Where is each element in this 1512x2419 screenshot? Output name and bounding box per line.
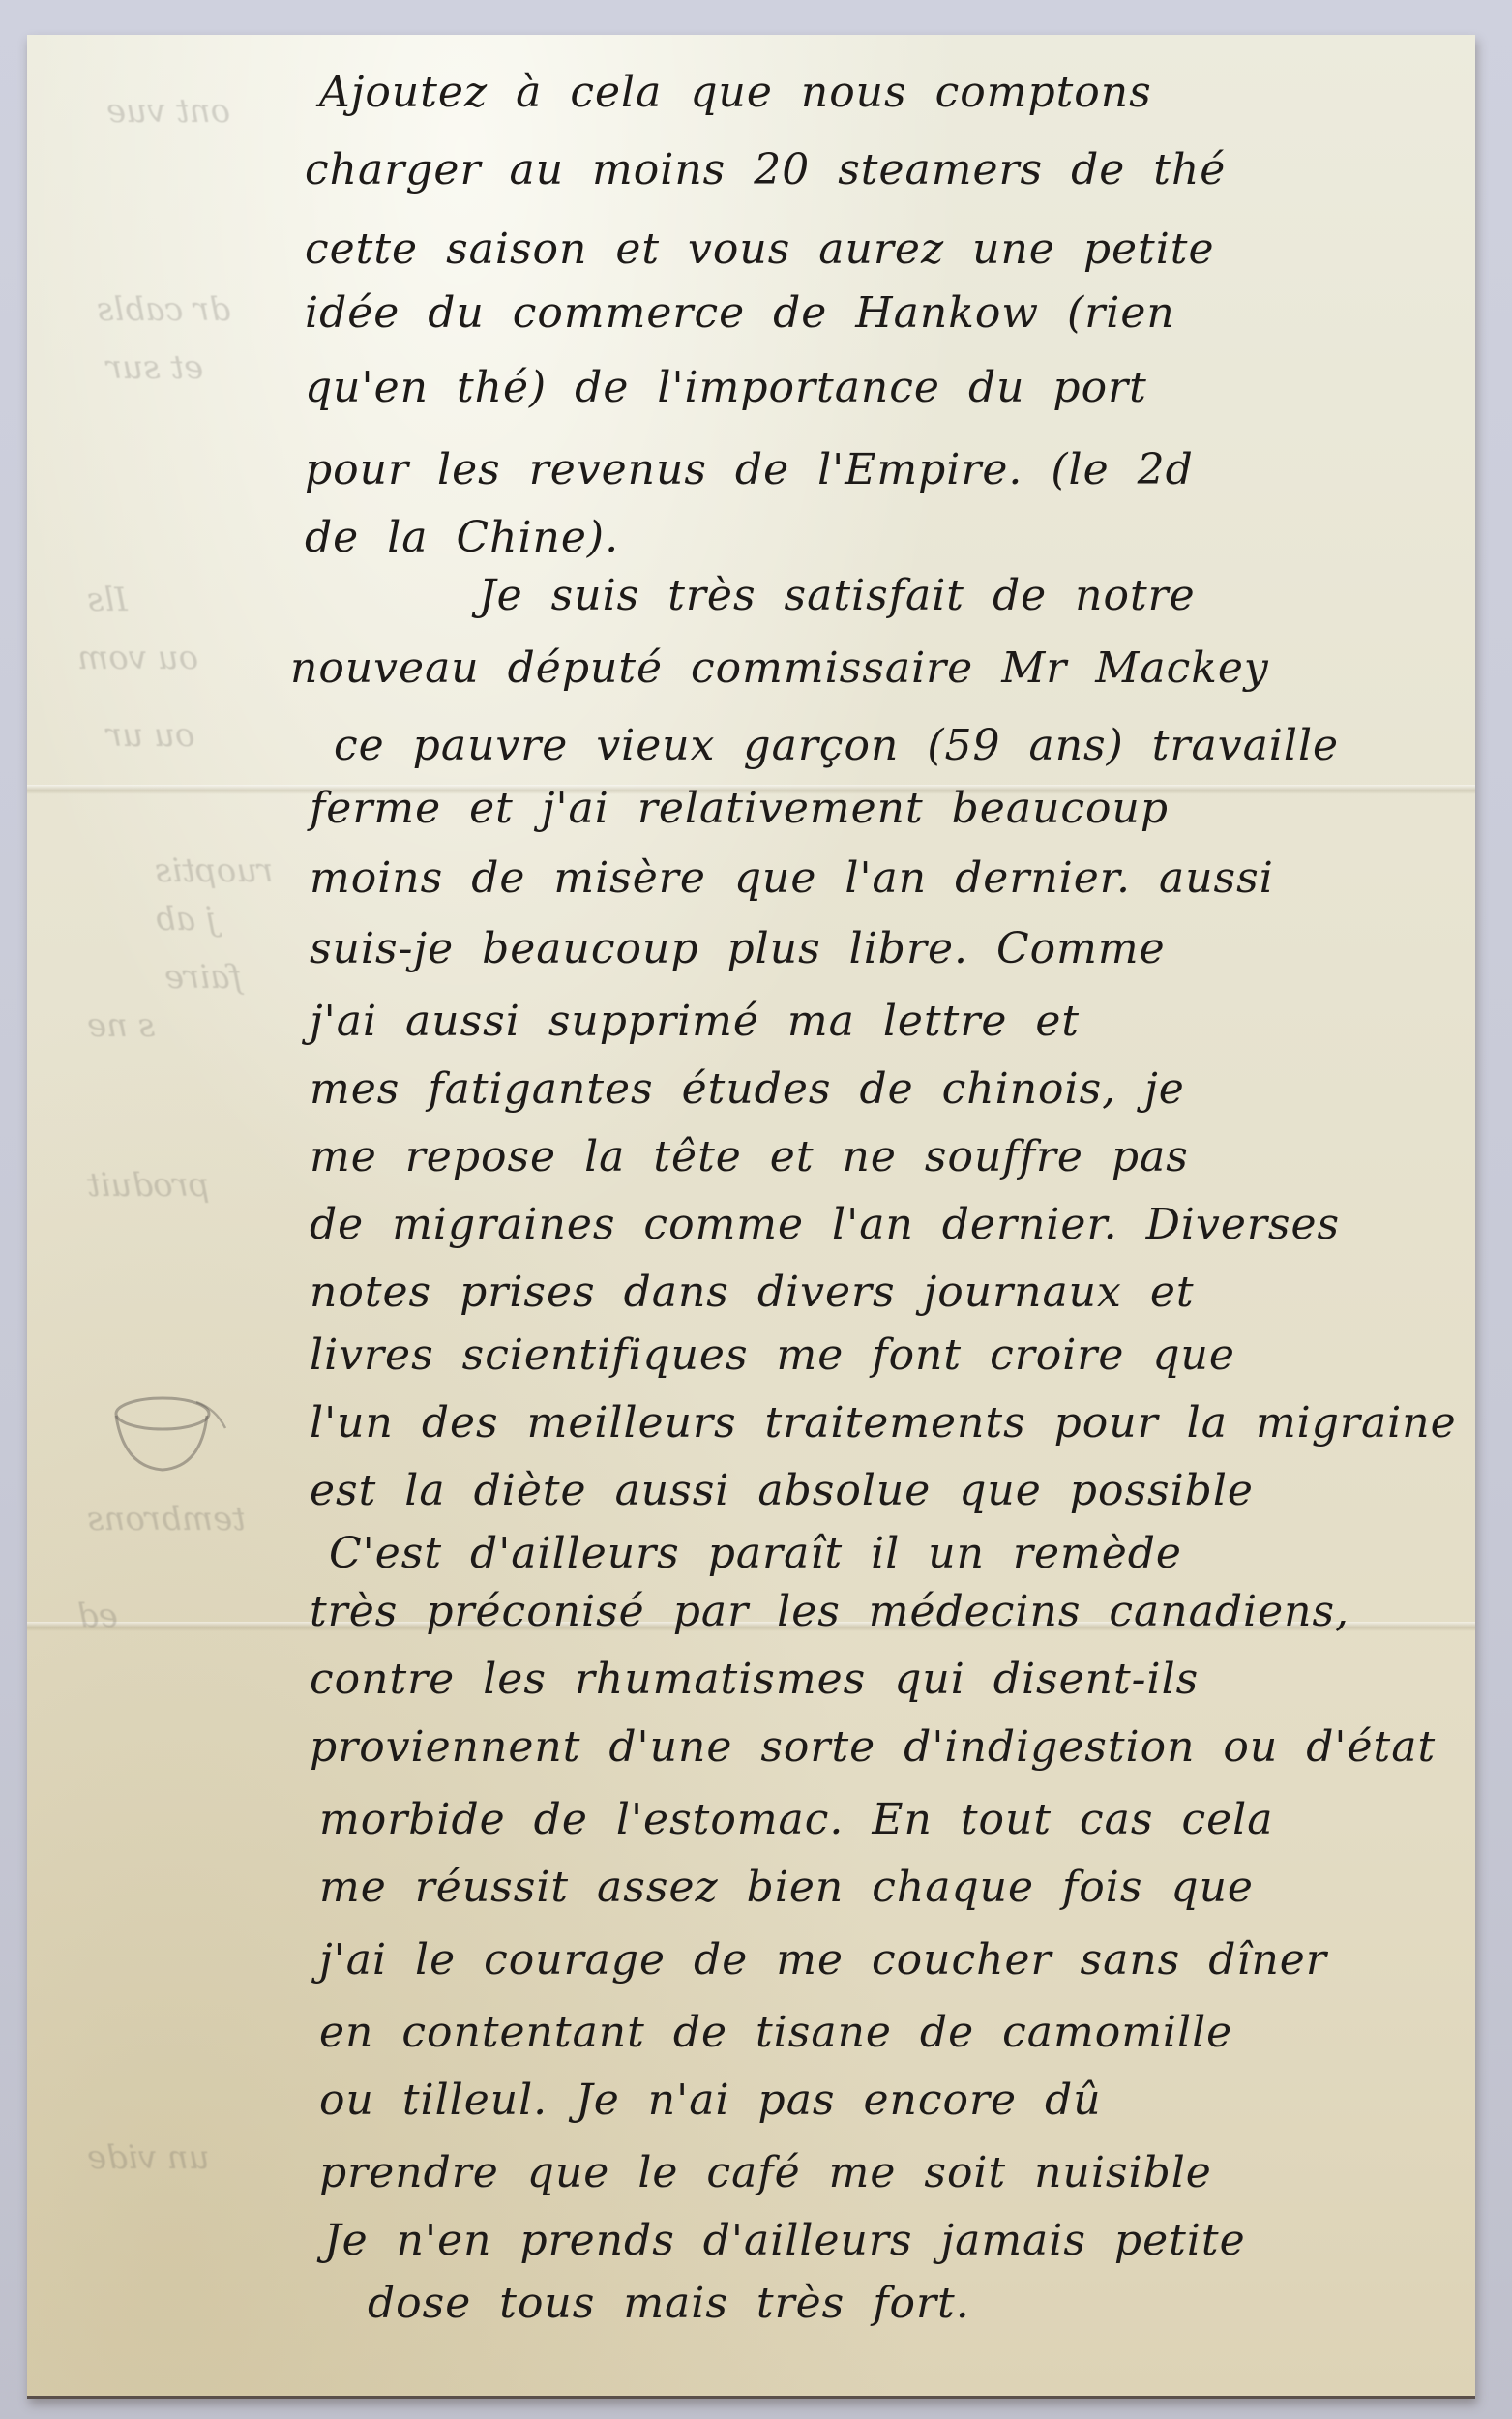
letter-line: Je n'en prends d'ailleurs jamais petite xyxy=(324,2216,1246,2265)
letter-line: C'est d'ailleurs paraît il un remède xyxy=(329,1529,1182,1578)
letter-line: j'ai le courage de me coucher sans dîner xyxy=(319,1935,1327,1985)
letter-line: cette saison et vous aurez une petite xyxy=(305,224,1215,274)
letter-line: qu'en thé) de l'importance du port xyxy=(305,363,1147,412)
letter-line: moins de misère que l'an dernier. aussi xyxy=(310,853,1274,903)
letter-line: prendre que le café me soit nuisible xyxy=(319,2148,1212,2197)
letter-line: pour les revenus de l'Empire. (le 2d xyxy=(305,445,1194,494)
letter-line: notes prises dans divers journaux et xyxy=(310,1268,1195,1317)
letter-line: suis-je beaucoup plus libre. Comme xyxy=(310,924,1166,973)
letter-line: livres scientifiques me font croire que xyxy=(310,1330,1235,1380)
letter-line: en contentant de tisane de camomille xyxy=(319,2008,1232,2057)
letter-paper: ont vuedr cablset surIlsou vomou urruopt… xyxy=(27,35,1475,2399)
letter-body: Ajoutez à cela que nous comptonscharger … xyxy=(27,35,1475,2396)
letter-line: ce pauvre vieux garçon (59 ans) travaill… xyxy=(334,721,1339,770)
letter-line: de migraines comme l'an dernier. Diverse… xyxy=(310,1200,1340,1249)
letter-line: me repose la tête et ne souffre pas xyxy=(310,1132,1189,1181)
letter-line: très préconisé par les médecins canadien… xyxy=(310,1587,1349,1636)
letter-line: Ajoutez à cela que nous comptons xyxy=(319,68,1152,117)
letter-line: dose tous mais très fort. xyxy=(368,2279,970,2328)
letter-line: nouveau député commissaire Mr Mackey xyxy=(290,643,1269,693)
letter-line: contre les rhumatismes qui disent-ils xyxy=(310,1655,1199,1704)
letter-line: est la diète aussi absolue que possible xyxy=(310,1466,1254,1515)
letter-line: mes fatigantes études de chinois, je xyxy=(310,1064,1185,1114)
letter-line: me réussit assez bien chaque fois que xyxy=(319,1863,1254,1912)
letter-line: morbide de l'estomac. En tout cas cela xyxy=(319,1795,1273,1844)
letter-line: de la Chine). xyxy=(305,513,619,562)
letter-line: ou tilleul. Je n'ai pas encore dû xyxy=(319,2076,1102,2125)
letter-line: l'un des meilleurs traitements pour la m… xyxy=(310,1398,1457,1448)
letter-line: j'ai aussi supprimé ma lettre et xyxy=(310,997,1080,1046)
letter-line: proviennent d'une sorte d'indigestion ou… xyxy=(310,1722,1436,1772)
letter-line: idée du commerce de Hankow (rien xyxy=(305,288,1175,338)
letter-line: ferme et j'ai relativement beaucoup xyxy=(310,784,1169,833)
letter-line: charger au moins 20 steamers de thé xyxy=(305,145,1226,194)
letter-line: Je suis très satisfait de notre xyxy=(479,571,1196,620)
